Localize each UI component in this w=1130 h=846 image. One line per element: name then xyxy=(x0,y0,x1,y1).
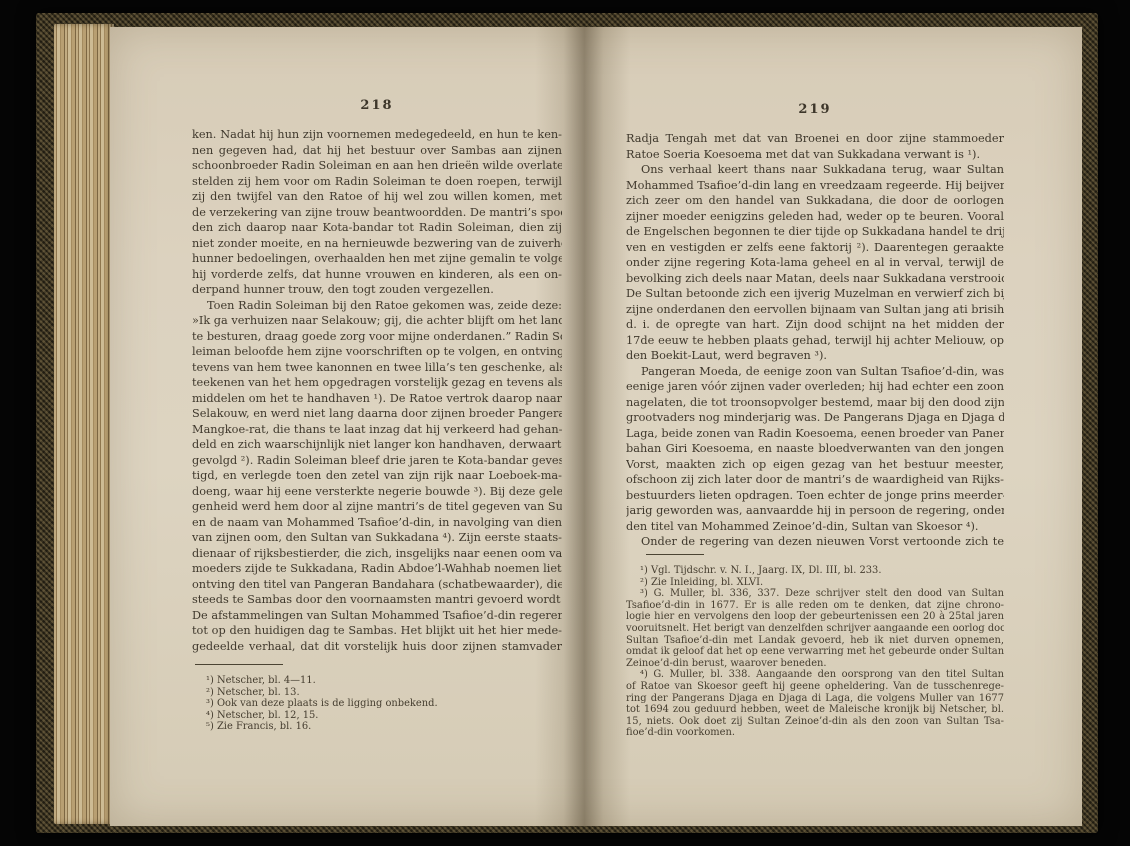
footnote-line: Tsafioe’d-din in 1677. Er is alle reden … xyxy=(626,600,1004,612)
footnote-line: tot 1694 zou geduurd hebben, weet de Mal… xyxy=(626,704,1004,716)
text-line: bahan Giri Koesoema, en naaste bloedverw… xyxy=(626,441,1004,457)
text-line: zijne onderdanen den eervollen bijnaam v… xyxy=(626,302,1004,318)
text-line: onder zijne regering Kota-lama geheel en… xyxy=(626,255,1004,271)
text-line: stelden zij hem voor om Radin Soleiman t… xyxy=(192,174,562,190)
page-number: 218 xyxy=(192,98,562,113)
text-line: nagelaten, die tot troonsopvolger bestem… xyxy=(626,395,1004,411)
footnote-line: Zeinoe’d-din berust, waarover beneden. xyxy=(626,658,1004,670)
text-line: Mohammed Tsafioe’d-din lang en vreedzaam… xyxy=(626,178,1004,194)
text-line: steeds te Sambas door den voornaamsten m… xyxy=(192,592,562,608)
text-line: gevolgd ²). Radin Soleiman bleef drie ja… xyxy=(192,453,562,469)
text-line: De Sultan betoonde zich een ijverig Muze… xyxy=(626,286,1004,302)
text-line: Laga, beide zonen van Radin Koesoema, ee… xyxy=(626,426,1004,442)
footnote-line: ¹) Vgl. Tijdschr. v. N. I., Jaarg. IX, D… xyxy=(626,565,1004,577)
footnote-rule xyxy=(646,554,704,555)
text-line: Ons verhaal keert thans naar Sukkadana t… xyxy=(626,162,1004,178)
text-line: d. i. de opregte van hart. Zijn dood sch… xyxy=(626,317,1004,333)
text-line: Pangeran Moeda, de eenige zoon van Sulta… xyxy=(626,364,1004,380)
footnote-line: 15, niets. Ook doet zij Sultan Zeinoe’d-… xyxy=(626,716,1004,728)
body-text-block: Radja Tengah met dat van Broenei en door… xyxy=(626,131,1004,550)
text-line: ofschoon zij zich later door de mantri’s… xyxy=(626,472,1004,488)
footnotes-block: ¹) Netscher, bl. 4—11.²) Netscher, bl. 1… xyxy=(192,675,562,733)
text-line: ken. Nadat hij hun zijn voornemen medege… xyxy=(192,127,562,143)
text-line: bestuurders lieten opdragen. Toen echter… xyxy=(626,488,1004,504)
text-line: hunner bedoelingen, overhaalden hen met … xyxy=(192,251,562,267)
footnotes-block: ¹) Vgl. Tijdschr. v. N. I., Jaarg. IX, D… xyxy=(626,565,1004,739)
text-line: ontving den titel van Pangeran Bandahara… xyxy=(192,577,562,593)
text-line: leiman beloofde hem zijne voorschriften … xyxy=(192,344,562,360)
text-line: deld en zich waarschijnlijk niet langer … xyxy=(192,437,562,453)
text-line: den Boekit-Laut, werd begraven ³). xyxy=(626,348,1004,364)
text-line: zij den twijfel van den Ratoe of hij wel… xyxy=(192,189,562,205)
footnote-line: ²) Netscher, bl. 13. xyxy=(192,687,562,699)
text-line: genheid werd hem door al zijne mantri’s … xyxy=(192,499,562,515)
page-number: 219 xyxy=(626,102,1004,117)
text-line: middelen om het te handhaven ¹). De Rato… xyxy=(192,391,562,407)
text-line: Ratoe Soeria Koesoema met dat van Sukkad… xyxy=(626,147,1004,163)
text-line: eenige jaren vóór zijnen vader overleden… xyxy=(626,379,1004,395)
footnote-line: ⁴) Netscher, bl. 12, 15. xyxy=(192,710,562,722)
photo-background: 218 ken. Nadat hij hun zijn voornemen me… xyxy=(0,0,1130,846)
text-line: Toen Radin Soleiman bij den Ratoe gekome… xyxy=(192,298,562,314)
text-line: Onder de regering van dezen nieuwen Vors… xyxy=(626,534,1004,550)
footnote-line: ¹) Netscher, bl. 4—11. xyxy=(192,675,562,687)
text-line: den zich daarop naar Kota-bandar tot Rad… xyxy=(192,220,562,236)
text-line: bevolking zich deels naar Matan, deels n… xyxy=(626,271,1004,287)
text-line: tevens van hem twee kanonnen en twee lil… xyxy=(192,360,562,376)
book-page-edges xyxy=(54,24,114,824)
text-line: zich zeer om den handel van Sukkadana, d… xyxy=(626,193,1004,209)
text-line: niet zonder moeite, en na hernieuwde bez… xyxy=(192,236,562,252)
footnote-line: omdat ik geloof dat het op eene verwarri… xyxy=(626,646,1004,658)
text-line: grootvaders nog minderjarig was. De Pang… xyxy=(626,410,1004,426)
text-line: nen gegeven had, dat hij het bestuur ove… xyxy=(192,143,562,159)
footnote-line: fioe’d-din voorkomen. xyxy=(626,727,1004,739)
text-line: derpand hunner trouw, den togt zouden ve… xyxy=(192,282,562,298)
text-line: Mangkoe-rat, die thans te laat inzag dat… xyxy=(192,422,562,438)
footnote-line: ³) G. Muller, bl. 336, 337. Deze schrijv… xyxy=(626,588,1004,600)
text-line: den titel van Mohammed Zeinoe’d-din, Sul… xyxy=(626,519,1004,535)
text-line: de Engelschen begonnen te dier tijde op … xyxy=(626,224,1004,240)
footnote-line: vooruitsnelt. Het berigt van denzelfden … xyxy=(626,623,1004,635)
text-line: Selakouw, en werd niet lang daarna door … xyxy=(192,406,562,422)
footnote-line: of Ratoe van Skoesor geeft hij geene oph… xyxy=(626,681,1004,693)
footnote-rule xyxy=(195,664,283,665)
text-line: jarig geworden was, aanvaardde hij in pe… xyxy=(626,503,1004,519)
footnote-line: ²) Zie Inleiding, bl. XLVI. xyxy=(626,577,1004,589)
text-line: 17de eeuw te hebben plaats gehad, terwij… xyxy=(626,333,1004,349)
text-line: schoonbroeder Radin Soleiman en aan hen … xyxy=(192,158,562,174)
footnote-line: ring der Pangerans Djaga en Djaga di Lag… xyxy=(626,693,1004,705)
text-line: tigd, en verlegde toen den zetel van zij… xyxy=(192,468,562,484)
footnote-line: ⁵) Zie Francis, bl. 16. xyxy=(192,721,562,733)
text-line: de verzekering van zijne trouw beantwoor… xyxy=(192,205,562,221)
text-line: van zijnen oom, den Sultan van Sukkadana… xyxy=(192,530,562,546)
footnote-line: ⁴) G. Muller, bl. 338. Aangaande den oor… xyxy=(626,669,1004,681)
text-line: Radja Tengah met dat van Broenei en door… xyxy=(626,131,1004,147)
body-text-block: ken. Nadat hij hun zijn voornemen medege… xyxy=(192,127,562,654)
right-page: 219 Radja Tengah met dat van Broenei en … xyxy=(626,27,1004,826)
left-page: 218 ken. Nadat hij hun zijn voornemen me… xyxy=(192,27,562,826)
text-line: zijner moeder eenigzins geleden had, wed… xyxy=(626,209,1004,225)
text-line: »Ik ga verhuizen naar Selakouw; gij, die… xyxy=(192,313,562,329)
text-line: te besturen, draag goede zorg voor mijne… xyxy=(192,329,562,345)
text-line: moeders zijde te Sukkadana, Radin Abdoe’… xyxy=(192,561,562,577)
text-line: Vorst, maakten zich op eigen gezag van h… xyxy=(626,457,1004,473)
text-line: teekenen van het hem opgedragen vorsteli… xyxy=(192,375,562,391)
text-line: gedeelde verhaal, dat dit vorstelijk hui… xyxy=(192,639,562,655)
text-line: en de naam van Mohammed Tsafioe’d-din, i… xyxy=(192,515,562,531)
text-line: ven en vestigden er zelfs eene faktorij … xyxy=(626,240,1004,256)
text-line: dienaar of rijksbestierder, die zich, in… xyxy=(192,546,562,562)
text-line: doeng, waar hij eene versterkte negerie … xyxy=(192,484,562,500)
footnote-line: ³) Ook van deze plaats is de ligging onb… xyxy=(192,698,562,710)
text-line: hij vorderde zelfs, dat hunne vrouwen en… xyxy=(192,267,562,283)
open-book-spread: 218 ken. Nadat hij hun zijn voornemen me… xyxy=(110,27,1082,826)
footnote-line: logie hier en vervolgens den loop der ge… xyxy=(626,611,1004,623)
text-line: tot op den huidigen dag te Sambas. Het b… xyxy=(192,623,562,639)
text-line: De afstammelingen van Sultan Mohammed Ts… xyxy=(192,608,562,624)
footnote-line: Sultan Tsafioe’d-din met Landak gevoerd,… xyxy=(626,635,1004,647)
